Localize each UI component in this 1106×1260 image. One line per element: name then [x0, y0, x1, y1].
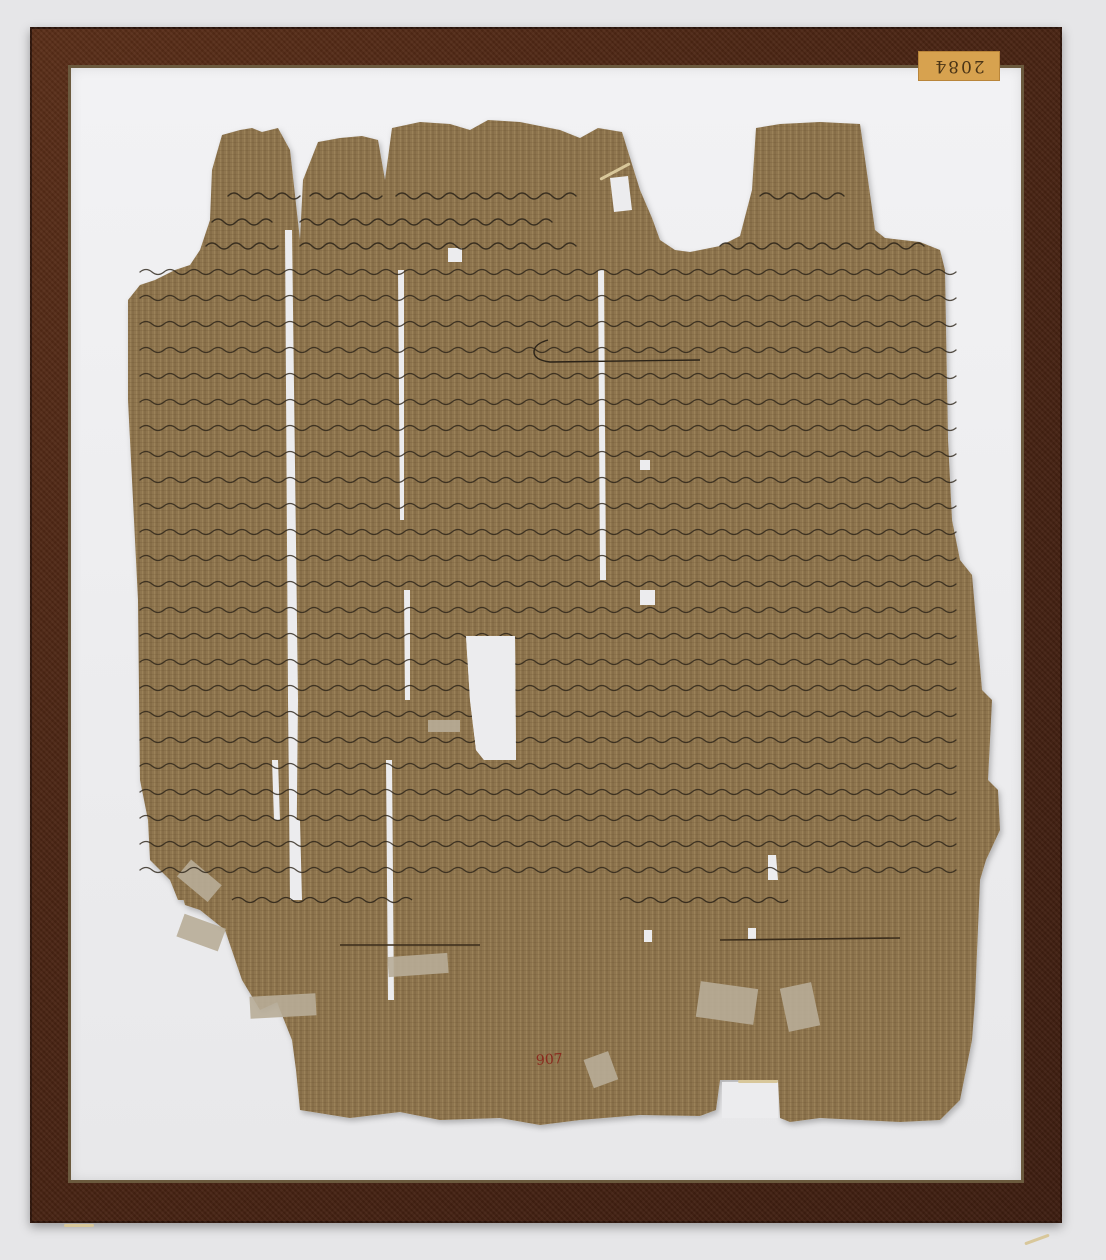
museum-number: 907 [535, 1051, 563, 1069]
loose-fiber [64, 1224, 94, 1227]
papyrus-fragment [0, 0, 1106, 1260]
loose-fiber [738, 1080, 778, 1083]
